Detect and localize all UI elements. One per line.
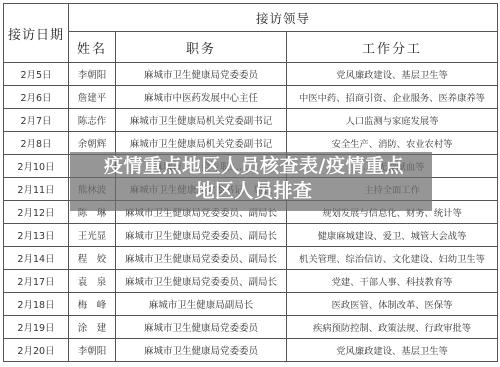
header-work: 工作分工 [287,32,498,63]
cell-name: 王光显 [69,224,116,247]
cell-name: 詹建平 [69,86,116,109]
cell-name: 李朝阳 [69,339,116,362]
cell-position: 麻城市卫生健康局党委委员、副局长 [116,247,287,270]
cell-name: 梅 峰 [69,293,116,316]
overlay-title-line1: 疫情重点地区人员核查表/疫情重点 [74,154,434,179]
cell-date: 2月14日 [4,247,69,270]
cell-date: 2月20日 [4,339,69,362]
cell-date: 2月17日 [4,270,69,293]
cell-work: 党风廉政建设、基层卫生等 [287,339,498,362]
header-leader-group: 接访领导 [69,4,498,32]
cell-position: 麻城市卫生健康局党委委员 [116,63,287,86]
cell-work: 中医中药、招商引资、企业服务、医养康养等 [287,86,498,109]
table-row: 2月17日 袁 泉 麻城市卫生健康局党委委员、副局长 党建、干部人事、科技教育等 [4,270,498,293]
cell-position: 麻城市卫生健康局党委委员 [116,316,287,339]
cell-date: 2月5日 [4,63,69,86]
table-row: 2月18日 梅 峰 麻城市卫生健康局副局长 医政医管、体制改革、医保等 [4,293,498,316]
cell-position: 麻城市卫生健康局党委委员、副局长 [116,270,287,293]
cell-date: 2月8日 [4,132,69,155]
cell-work: 医政医管、体制改革、医保等 [287,293,498,316]
cell-work: 疾病预防控制、政策法规、行政审批等 [287,316,498,339]
cell-name: 袁 泉 [69,270,116,293]
cell-work: 机关管理、综治信访、文化建设、妇幼卫生等 [287,247,498,270]
table-row: 2月20日 李朝阳 麻城市卫生健康局党委委员 党风廉政建设、基层卫生等 [4,339,498,362]
table-row: 2月5日 李朝阳 麻城市卫生健康局党委委员 党风廉政建设、基层卫生等 [4,63,498,86]
cell-position: 麻城市卫生健康局副局长 [116,293,287,316]
cell-work: 健康麻城建设、爱卫、城管大会战等 [287,224,498,247]
cell-position: 麻城市卫生健康局党委委员、副局长 [116,224,287,247]
table-row: 2月6日 詹建平 麻城市中医药发展中心主任 中医中药、招商引资、企业服务、医养康… [4,86,498,109]
table-row: 2月19日 涂 建 麻城市卫生健康局党委委员 疾病预防控制、政策法规、行政审批等 [4,316,498,339]
overlay-title-line2: 地区人员排查 [74,179,434,204]
cell-position: 麻城市卫生健康局机关党委副书记 [116,109,287,132]
table-row: 2月13日 王光显 麻城市卫生健康局党委委员、副局长 健康麻城建设、爱卫、城管大… [4,224,498,247]
cell-name: 程 姣 [69,247,116,270]
table-row: 2月7日 陈志作 麻城市卫生健康局机关党委副书记 人口监测与家庭发展等 [4,109,498,132]
cell-date: 2月6日 [4,86,69,109]
cell-date: 2月11日 [4,178,69,201]
cell-date: 2月19日 [4,316,69,339]
overlay-title: 疫情重点地区人员核查表/疫情重点 地区人员排查 [74,154,434,204]
cell-date: 2月7日 [4,109,69,132]
cell-position: 麻城市中医药发展中心主任 [116,86,287,109]
cell-date: 2月13日 [4,224,69,247]
cell-name: 陈志作 [69,109,116,132]
cell-work: 人口监测与家庭发展等 [287,109,498,132]
header-position: 职务 [116,32,287,63]
header-name: 姓名 [69,32,116,63]
header-date: 接访日期 [4,4,69,63]
cell-date: 2月12日 [4,201,69,224]
cell-work: 党风廉政建设、基层卫生等 [287,63,498,86]
cell-position: 麻城市卫生健康局党委委员 [116,339,287,362]
cell-date: 2月10日 [4,155,69,178]
cell-work: 党建、干部人事、科技教育等 [287,270,498,293]
cell-name: 李朝阳 [69,63,116,86]
cell-name: 涂 建 [69,316,116,339]
cell-date: 2月18日 [4,293,69,316]
table-row: 2月14日 程 姣 麻城市卫生健康局党委委员、副局长 机关管理、综治信访、文化建… [4,247,498,270]
